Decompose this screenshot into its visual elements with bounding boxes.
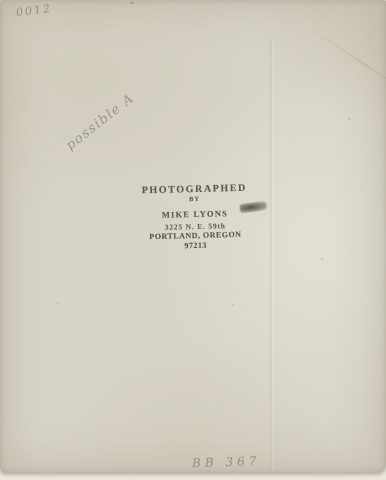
paper-speck [232,304,234,306]
vertical-crease [269,40,274,470]
handwritten-number: 0012 [15,2,52,19]
paper-speck [321,258,323,260]
paper-speck [348,118,351,120]
photographer-stamp: PHOTOGRAPHED BY MIKE LYONS 3225 N. E. 59… [136,182,254,253]
paper-speck [130,2,134,4]
stamp-line-city-zip: PORTLAND, OREGON 97213 [137,230,253,253]
paper-speck [57,302,59,304]
stamp-line-name: MIKE LYONS [162,208,228,220]
handwritten-note: possible A [63,91,137,154]
ink-smudge [239,201,267,213]
diagonal-crease [305,25,386,100]
photo-back-paper: 0012 possible A PHOTOGRAPHED BY MIKE LYO… [0,0,386,473]
handwritten-catalog-number: BB 367 [192,454,261,470]
scan-background: 0012 possible A PHOTOGRAPHED BY MIKE LYO… [0,0,386,480]
